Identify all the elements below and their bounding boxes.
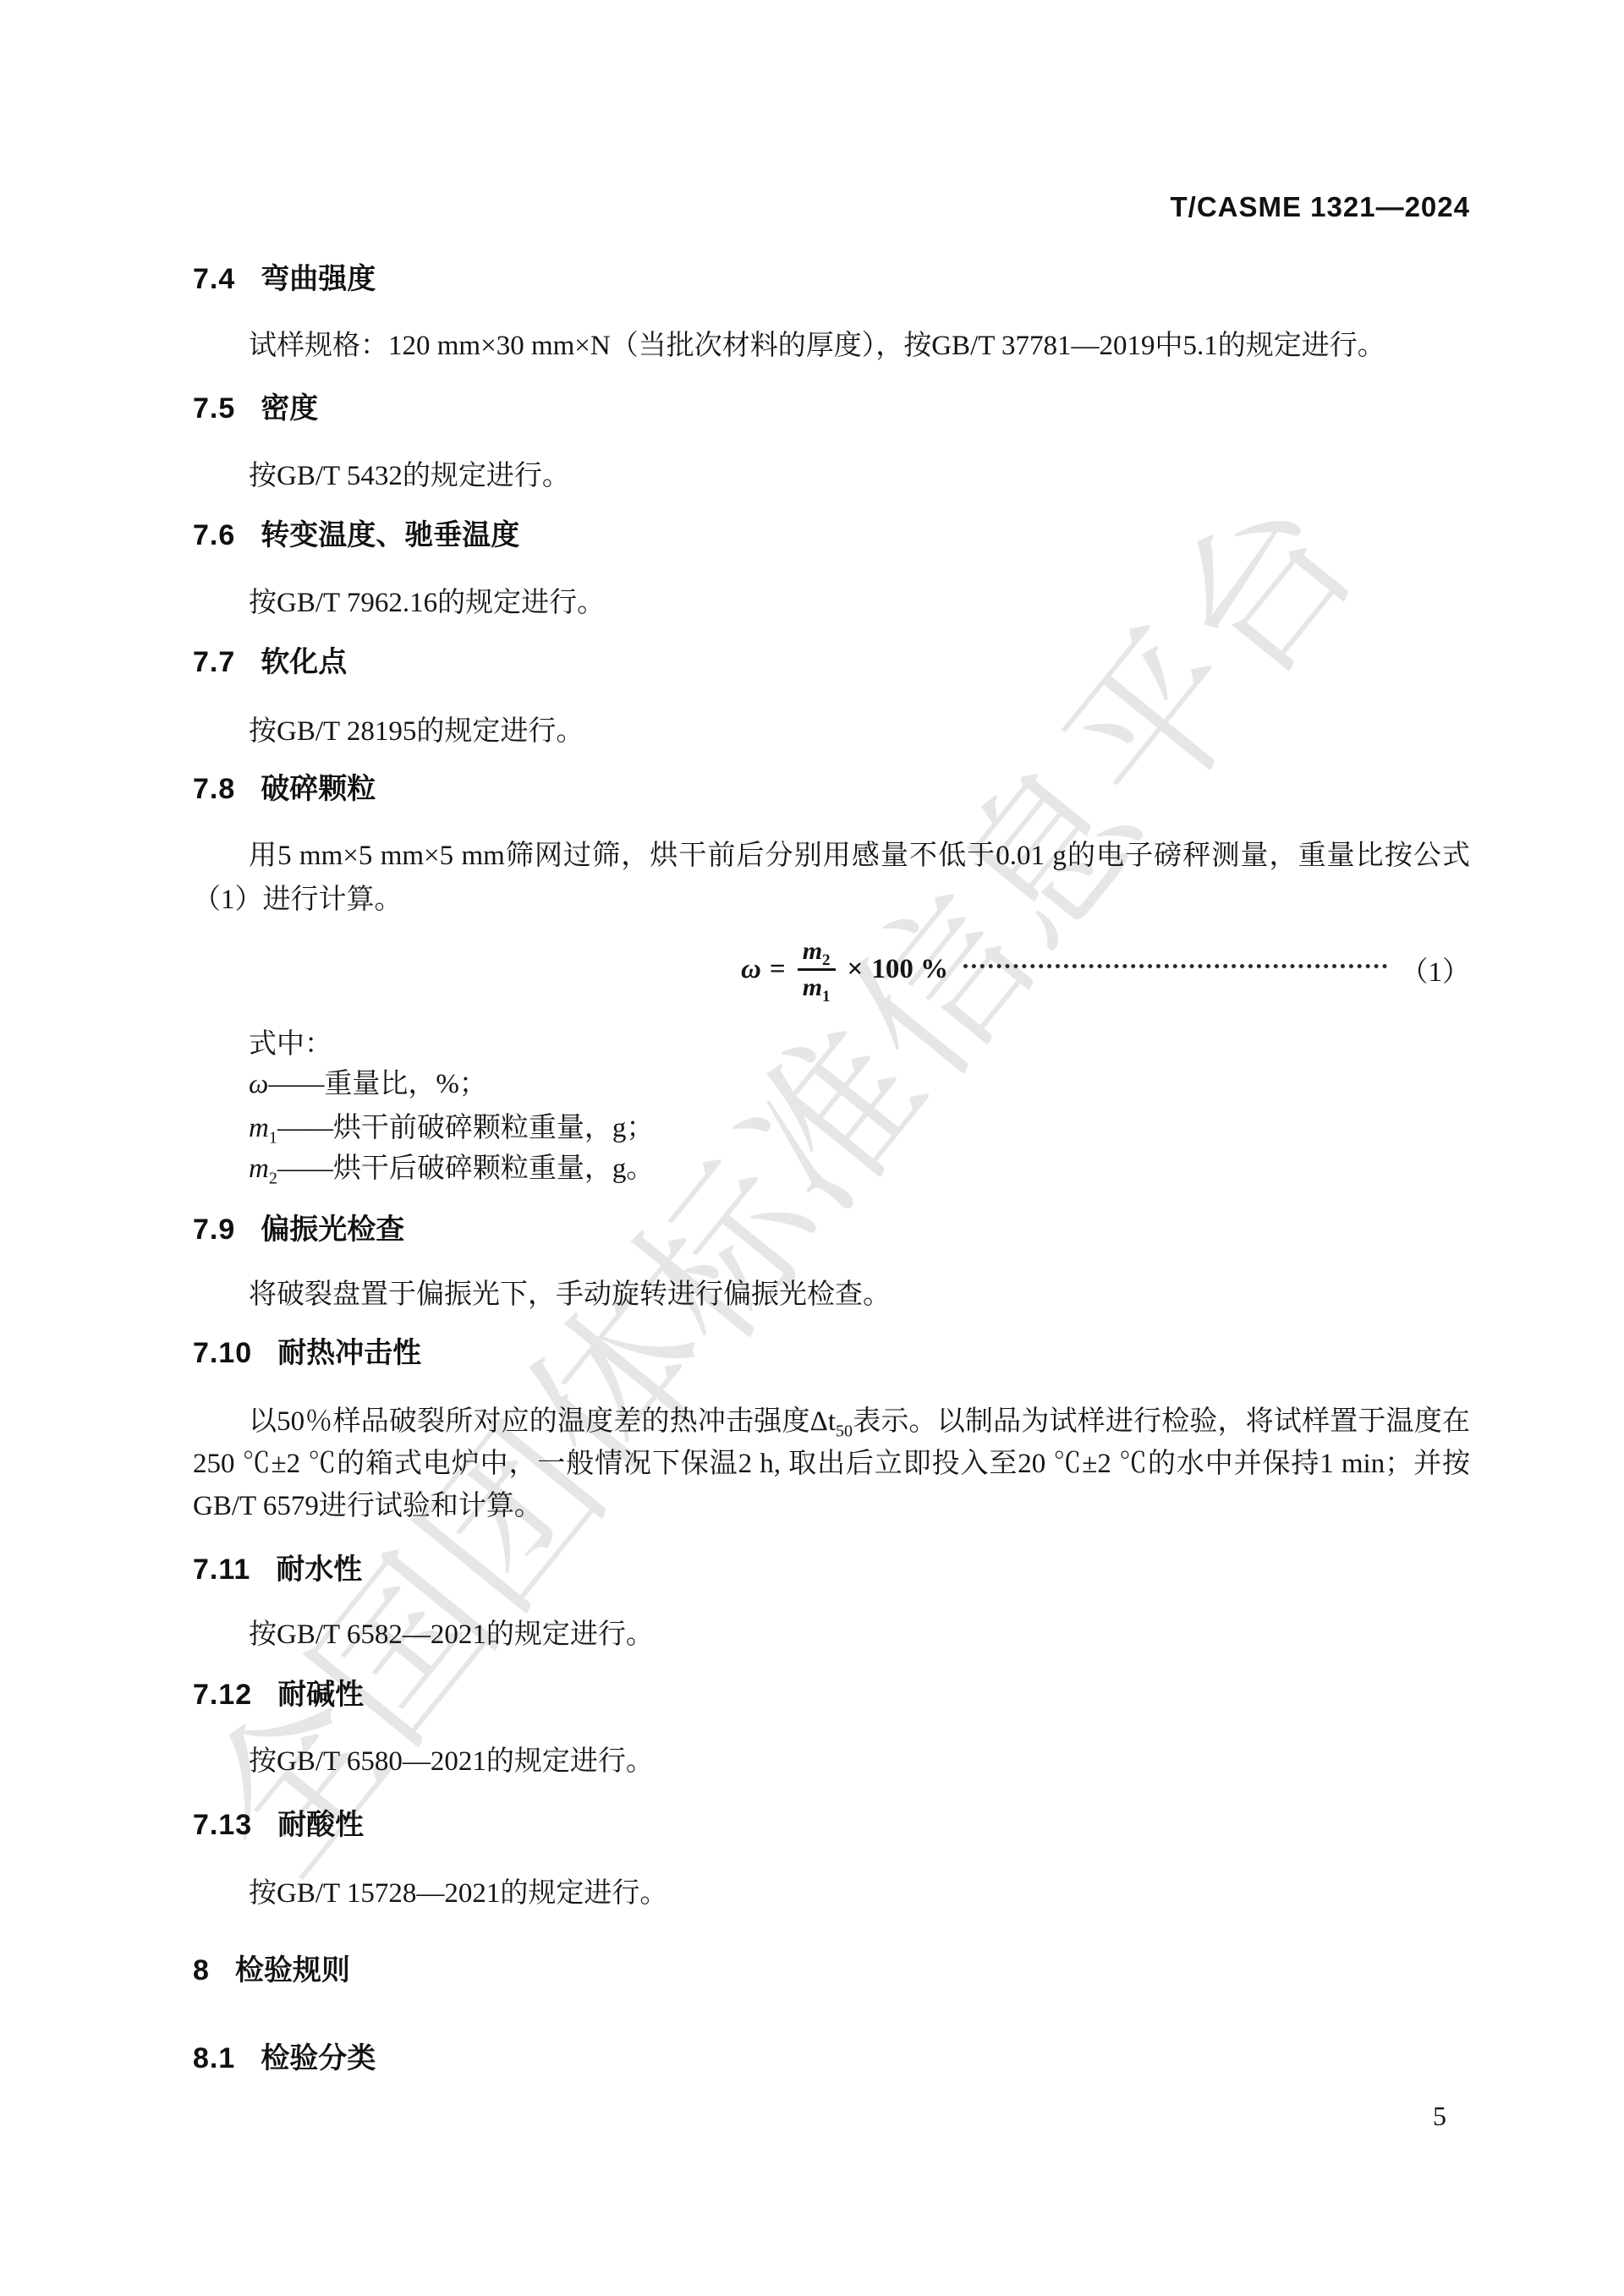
section-title: 检验分类 [261,2042,376,2074]
body-text-before-subscript: 以50％样品破裂所对应的温度差的热冲击强度Δt [249,1406,836,1437]
formula-rhs-value: 100 % [871,954,948,985]
where-clause-lead: 式中： [193,1023,1470,1066]
section-heading-7-5: 7.5密度 [193,392,1470,425]
denominator-subscript: 1 [822,988,831,1006]
definition-symbol: m [249,1153,269,1184]
section-heading-7-10: 7.10耐热冲击性 [193,1336,1470,1370]
formula-lhs-omega: ω [741,954,761,985]
section-heading-7-7: 7.7软化点 [193,645,1470,679]
fraction-numerator: m2 [798,939,836,968]
section-heading-8-1: 8.1检验分类 [193,2041,1470,2075]
definition-m2: m2——烘干后破碎颗粒重量，g。 [193,1150,1470,1187]
section-heading-7-12: 7.12耐碱性 [193,1678,1470,1712]
section-title: 耐碱性 [277,1679,364,1711]
formula-fraction: m2 m1 [798,939,836,1000]
section-heading-7-6: 7.6转变温度、驰垂温度 [193,518,1470,552]
definition-symbol: m [249,1113,269,1143]
definition-m1: m1——烘干前破碎颗粒重量，g； [193,1110,1470,1147]
fraction-denominator: m1 [798,968,836,1000]
standard-document-page: 全国团体标准信息平台 T/CASME 1321—2024 7.4弯曲强度 试样规… [0,0,1624,2296]
section-number: 8.1 [193,2041,235,2075]
section-body-7-7: 按GB/T 28195的规定进行。 [193,710,1470,753]
section-heading-7-8: 7.8破碎颗粒 [193,772,1470,806]
definition-omega: ω——重量比，%； [193,1066,1470,1103]
section-body-7-8: 用5 mm×5 mm×5 mm筛网过筛，烘干前后分别用感量不低于0.01 g的电… [193,834,1470,922]
definition-symbol-subscript: 2 [269,1170,277,1188]
multiply-sign: × [848,954,864,985]
definition-symbol: ω [249,1069,268,1099]
section-number: 7.11 [193,1553,250,1586]
formula-number: （1） [1401,950,1471,989]
formula-equation: ω = m2 m1 × 100 % [741,939,948,1000]
section-title: 偏振光检查 [261,1214,404,1246]
section-title: 密度 [261,392,318,425]
section-number: 7.4 [193,262,235,296]
section-body-7-10: 以50％样品破裂所对应的温度差的热冲击强度Δt50表示。以制品为试样进行检验，将… [193,1400,1470,1527]
section-body-7-11: 按GB/T 6582—2021的规定进行。 [193,1614,1470,1656]
formula-1: ω = m2 m1 × 100 % （1） [193,930,1470,1008]
section-number: 7.5 [193,392,235,425]
section-heading-7-9: 7.9偏振光检查 [193,1213,1470,1247]
section-number: 7.7 [193,645,235,679]
delta-t-subscript: 50 [836,1422,853,1441]
section-body-7-5: 按GB/T 5432的规定进行。 [193,455,1470,497]
section-title: 耐酸性 [277,1809,364,1841]
section-number: 7.6 [193,518,235,552]
section-number: 7.10 [193,1336,252,1370]
section-body-7-6: 按GB/T 7962.16的规定进行。 [193,582,1470,624]
section-body-7-9: 将破裂盘置于偏振光下，手动旋转进行偏振光检查。 [193,1274,1470,1316]
page-content: T/CASME 1321—2024 7.4弯曲强度 试样规格：120 mm×30… [0,0,1624,2296]
section-number: 7.9 [193,1213,235,1247]
section-heading-7-11: 7.11耐水性 [193,1553,1470,1586]
section-title: 耐水性 [276,1553,362,1586]
section-number: 8 [193,1954,210,1987]
denominator-symbol: m [803,973,822,1001]
section-number: 7.12 [193,1678,252,1712]
equals-sign: = [770,954,786,985]
section-body-7-13: 按GB/T 15728—2021的规定进行。 [193,1872,1470,1915]
formula-dot-leader [963,964,1386,968]
section-number: 7.8 [193,772,235,806]
definition-text: ——重量比，%； [268,1069,487,1099]
section-title: 耐热冲击性 [277,1337,421,1369]
section-body-7-4: 试样规格：120 mm×30 mm×N（当批次材料的厚度），按GB/T 3778… [193,325,1470,367]
section-heading-7-4: 7.4弯曲强度 [193,262,1470,296]
section-title: 检验规则 [235,1954,350,1986]
definition-text: ——烘干前破碎颗粒重量，g； [277,1113,655,1143]
definition-text: ——烘干后破碎颗粒重量，g。 [277,1153,655,1184]
section-body-7-12: 按GB/T 6580—2021的规定进行。 [193,1740,1470,1783]
numerator-subscript: 2 [822,951,831,969]
section-title: 弯曲强度 [261,263,376,295]
page-number: 5 [193,2101,1446,2132]
numerator-symbol: m [803,937,822,965]
document-code-header: T/CASME 1321—2024 [193,191,1470,223]
section-number: 7.13 [193,1808,252,1842]
section-title: 转变温度、驰垂温度 [261,519,519,551]
section-title: 软化点 [261,646,347,678]
section-heading-7-13: 7.13耐酸性 [193,1808,1470,1842]
definition-symbol-subscript: 1 [269,1129,277,1148]
section-title: 破碎颗粒 [261,773,376,805]
section-heading-8: 8检验规则 [193,1954,1470,1987]
